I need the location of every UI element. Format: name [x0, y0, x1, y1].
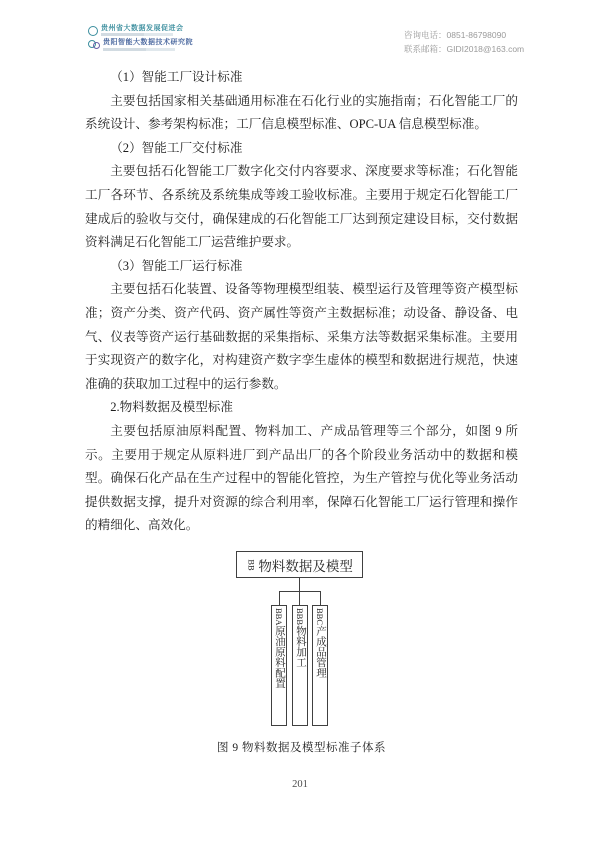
institute-name: 贵阳智能大数据技术研究院 — [103, 39, 193, 46]
section-heading: 2.物料数据及模型标准 — [85, 396, 518, 420]
contact-email-value: GIDI2018@163.com — [447, 44, 525, 54]
diagram-child-1-code: BBA — [274, 608, 284, 625]
diagram-root-label: 物料数据及模型 — [258, 555, 353, 575]
paragraph: 主要包括石化智能工厂数字化交付内容要求、深度要求等标准；石化智能工厂各环节、各系… — [85, 160, 518, 254]
header-contact: 咨询电话：0851-86798090 联系邮箱：GIDI2018@163.com — [404, 28, 524, 56]
institute-emblem-icon — [88, 40, 100, 50]
figure-caption: 图 9 物料数据及模型标准子体系 — [85, 739, 518, 755]
diagram-child-box-3: BBC产成品管理 — [312, 605, 328, 726]
diagram-child-1-label: 原油原料配置 — [274, 625, 285, 688]
connector-stub-1 — [279, 591, 280, 605]
diagram-child-box-1: BBA原油原料配置 — [271, 605, 287, 726]
connector-horizontal — [279, 591, 322, 592]
contact-phone: 咨询电话：0851-86798090 — [404, 28, 524, 42]
header-logo: 贵州省大数据发展促进会 贵阳智能大数据技术研究院 — [88, 25, 193, 51]
logo-row-association: 贵州省大数据发展促进会 — [88, 25, 193, 36]
diagram-root-code: BB — [247, 559, 257, 570]
paragraph: 主要包括原油原料配置、物料加工、产成品管理等三个部分，如图 9 所示。主要用于规… — [85, 420, 518, 538]
connector-vertical — [299, 577, 300, 591]
diagram-root-box: BB物料数据及模型 — [236, 551, 363, 578]
association-emblem-icon — [88, 26, 98, 36]
diagram-child-3-label: 产成品管理 — [315, 625, 326, 678]
document-body: （1）智能工厂设计标准 主要包括国家相关基础通用标准在石化行业的实施指南；石化智… — [85, 66, 518, 538]
institute-subtitle-placeholder — [103, 48, 175, 51]
section-heading: （2）智能工厂交付标准 — [85, 137, 518, 161]
connector-stub-2 — [299, 591, 300, 605]
page-number: 201 — [0, 779, 600, 790]
contact-phone-value: 0851-86798090 — [447, 30, 507, 40]
diagram-child-2-code: BBB — [295, 608, 305, 625]
diagram-child-2-label: 物料加工 — [295, 625, 306, 667]
contact-email: 联系邮箱：GIDI2018@163.com — [404, 42, 524, 56]
contact-email-label: 联系邮箱： — [404, 44, 447, 54]
paragraph: 主要包括国家相关基础通用标准在石化行业的实施指南；石化智能工厂的系统设计、参考架… — [85, 90, 518, 137]
section-heading: （1）智能工厂设计标准 — [85, 66, 518, 90]
association-name: 贵州省大数据发展促进会 — [101, 25, 184, 32]
connector-stub-3 — [320, 591, 321, 605]
paragraph: 主要包括石化装置、设备等物理模型组装、模型运行及管理等资产模型标准；资产分类、资… — [85, 278, 518, 396]
contact-phone-label: 咨询电话： — [404, 30, 447, 40]
section-heading: （3）智能工厂运行标准 — [85, 255, 518, 279]
diagram-child-3-code: BBC — [315, 608, 325, 625]
logo-row-institute: 贵阳智能大数据技术研究院 — [88, 39, 193, 50]
association-subtitle-placeholder — [101, 33, 173, 36]
diagram-child-box-2: BBB物料加工 — [292, 605, 308, 726]
document-page: 贵州省大数据发展促进会 贵阳智能大数据技术研究院 咨询电话：0851-86798… — [0, 0, 600, 848]
